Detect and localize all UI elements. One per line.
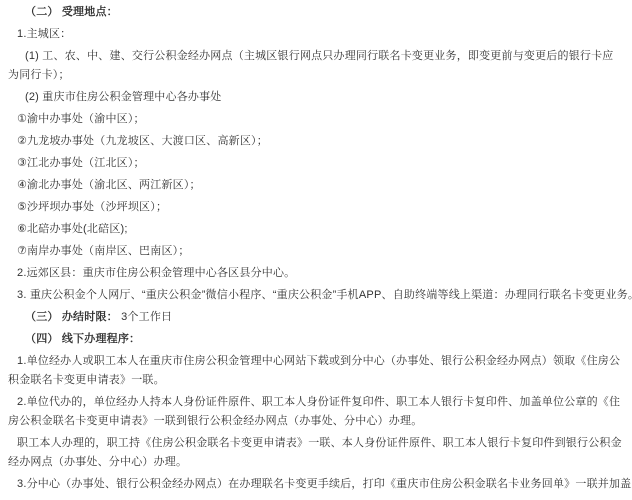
document-body: （二） 受理地点：1.主城区：(1) 工、农、中、建、交行公积金经办网点（主城区…	[0, 0, 632, 500]
paragraph-heading-offline-procedure: （四） 线下办理程序：	[8, 330, 624, 349]
paragraph-office-nanan: ⑦南岸办事处（南岸区、巴南区）；	[8, 242, 624, 261]
paragraph-office-jiangbei: ③江北办事处（江北区）；	[8, 154, 624, 173]
paragraph-step-3: 3.分中心（办事处、银行公积金经办网点）在办理联名卡变更手续后，打印《重庆市住房…	[8, 475, 624, 494]
paragraph-step-2-agent: 2.单位代办的，单位经办人持本人身份证件原件、职工本人身份证件复印件、职工本人银…	[8, 393, 624, 431]
paragraph-step-1: 1.单位经办人或职工本人在重庆市住房公积金管理中心网站下载或到分中心（办事处、银…	[8, 352, 624, 390]
paragraph-item-online-channels: 3. 重庆公积金个人网厅、“重庆公积金”微信小程序、“重庆公积金”手机APP、自…	[8, 286, 624, 305]
paragraph-item-suburban: 2.远郊区县：重庆市住房公积金管理中心各区县分中心。	[8, 264, 624, 283]
paragraph-item-center-offices: (2) 重庆市住房公积金管理中心各办事处	[8, 88, 624, 107]
paragraph-heading-time-limit: （三） 办结时限： 3个工作日	[8, 308, 624, 327]
paragraph-heading-acceptance-location: （二） 受理地点：	[8, 3, 624, 22]
paragraph-office-beibei: ⑥北碚办事处(北碚区);	[8, 220, 624, 239]
paragraph-office-shapingba: ⑤沙坪坝办事处（沙坪坝区）；	[8, 198, 624, 217]
paragraph-step-2-self: 职工本人办理的，职工持《住房公积金联名卡变更申请表》一联、本人身份证件原件、职工…	[8, 434, 624, 472]
paragraph-office-yubei: ④渝北办事处（渝北区、两江新区）；	[8, 176, 624, 195]
paragraph-office-jiulongpo: ②九龙坡办事处（九龙坡区、大渡口区、高新区）；	[8, 132, 624, 151]
paragraph-item-main-city: 1.主城区：	[8, 25, 624, 44]
paragraph-item-bank-outlets: (1) 工、农、中、建、交行公积金经办网点（主城区银行网点只办理同行联名卡变更业…	[8, 47, 624, 85]
paragraph-text: 3个工作日	[118, 311, 172, 323]
paragraph-office-yuzhong: ①渝中办事处（渝中区）；	[8, 110, 624, 129]
paragraph-bold-prefix: （三） 办结时限：	[25, 311, 118, 323]
